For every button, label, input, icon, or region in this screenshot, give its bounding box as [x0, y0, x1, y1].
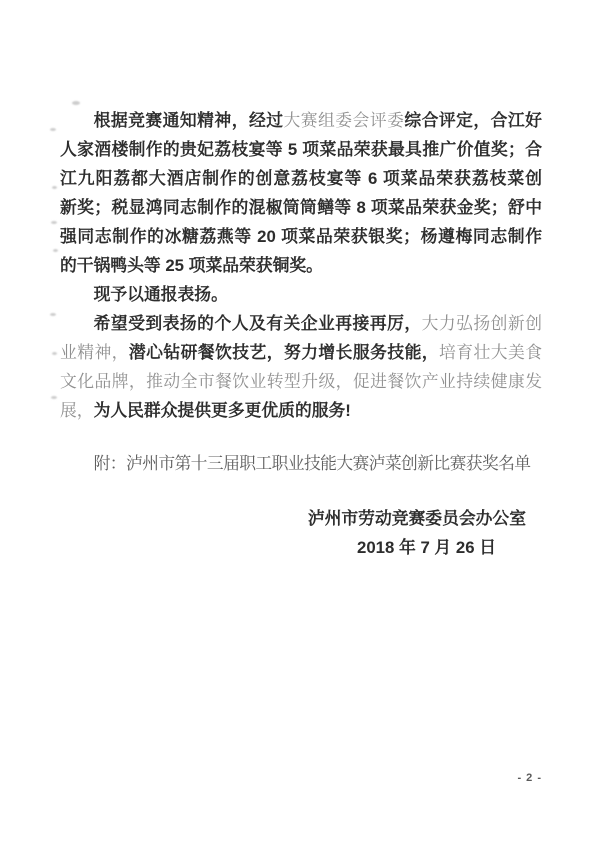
text-line: 江九阳荔都大酒店制作的创意荔枝宴等 6 项菜品荣获荔枝菜创 [60, 164, 542, 193]
text-line: 展，为人民群众提供更多更优质的服务! [60, 396, 542, 425]
text-segment: 综合评定，合江好 [404, 111, 542, 130]
text-segment: 培育壮大美食 [439, 343, 542, 362]
text-segment: 为人民群众提供更多更优质的服务! [94, 401, 351, 420]
text-segment: 现予以通报表扬。 [94, 285, 228, 304]
scan-artifact [52, 352, 57, 355]
text-line: 的干锅鸭头等 25 项菜品荣获铜奖。 [60, 251, 542, 280]
document-body-column: 根据竞赛通知精神，经过大赛组委会评委综合评定，合江好人家酒楼制作的贵妃荔枝宴等 … [60, 106, 542, 563]
paragraph: 附：泸州市第十三届职工职业技能大赛泸菜创新比赛获奖名单 [60, 449, 542, 478]
signature-org: 泸州市劳动竞赛委员会办公室 [60, 504, 526, 533]
text-segment: 潜心钻研餐饮技艺，努力增长服务技能， [129, 343, 439, 362]
scan-artifact [53, 249, 58, 252]
text-segment: 业精神， [60, 343, 129, 362]
text-segment: 附：泸州市第十三届职工职业技能大赛泸菜创新比赛获奖名单 [94, 454, 531, 473]
text-segment: 强同志制作的冰糖荔燕等 20 项菜品荣获银奖；杨遵梅同志制作 [60, 227, 542, 246]
document-page: 根据竞赛通知精神，经过大赛组委会评委综合评定，合江好人家酒楼制作的贵妃荔枝宴等 … [0, 0, 600, 848]
text-line: 新奖；税显鸿同志制作的混椒筒筒鳝等 8 项菜品荣获金奖；舒中 [60, 193, 542, 222]
text-segment: 文化品牌，推动全市餐饮业转型升级，促进餐饮产业持续健康发 [60, 372, 542, 391]
text-segment: 江九阳荔都大酒店制作的创意荔枝宴等 6 项菜品荣获荔枝菜创 [60, 169, 542, 188]
text-line: 强同志制作的冰糖荔燕等 20 项菜品荣获银奖；杨遵梅同志制作 [60, 222, 542, 251]
text-line: 根据竞赛通知精神，经过大赛组委会评委综合评定，合江好 [60, 106, 542, 135]
text-line: 现予以通报表扬。 [60, 280, 542, 309]
text-segment: 人家酒楼制作的贵妃荔枝宴等 5 项菜品荣获最具推广价值奖；合 [60, 140, 542, 159]
text-line: 业精神，潜心钻研餐饮技艺，努力增长服务技能，培育壮大美食 [60, 338, 542, 367]
paragraph: 根据竞赛通知精神，经过大赛组委会评委综合评定，合江好人家酒楼制作的贵妃荔枝宴等 … [60, 106, 542, 280]
paragraph: 希望受到表扬的个人及有关企业再接再厉，大力弘扬创新创业精神，潜心钻研餐饮技艺，努… [60, 309, 542, 425]
document-body: 根据竞赛通知精神，经过大赛组委会评委综合评定，合江好人家酒楼制作的贵妃荔枝宴等 … [60, 106, 542, 478]
scan-artifact [72, 101, 80, 105]
text-segment: 展， [60, 401, 94, 420]
text-line: 附：泸州市第十三届职工职业技能大赛泸菜创新比赛获奖名单 [60, 449, 542, 478]
paragraph: 现予以通报表扬。 [60, 280, 542, 309]
scan-artifact [51, 396, 57, 399]
scan-artifact [50, 313, 56, 316]
text-segment: 希望受到表扬的个人及有关企业再接再厉， [94, 314, 422, 333]
text-segment: 大赛组委会评委 [284, 111, 405, 130]
text-segment: 大力弘扬创新创 [422, 314, 542, 333]
scan-artifact [50, 128, 56, 131]
scan-artifact [52, 186, 57, 189]
page-number: - 2 - [517, 772, 542, 784]
text-line: 文化品牌，推动全市餐饮业转型升级，促进餐饮产业持续健康发 [60, 367, 542, 396]
text-segment: 新奖；税显鸿同志制作的混椒筒筒鳝等 8 项菜品荣获金奖；舒中 [60, 198, 542, 217]
signature-block: 泸州市劳动竞赛委员会办公室 2018 年 7 月 26 日 [60, 504, 542, 563]
text-line: 人家酒楼制作的贵妃荔枝宴等 5 项菜品荣获最具推广价值奖；合 [60, 135, 542, 164]
scan-artifact [51, 221, 57, 224]
text-segment: 根据竞赛通知精神，经过 [94, 111, 284, 130]
signature-date: 2018 年 7 月 26 日 [60, 533, 496, 563]
text-line: 希望受到表扬的个人及有关企业再接再厉，大力弘扬创新创 [60, 309, 542, 338]
text-segment: 的干锅鸭头等 25 项菜品荣获铜奖。 [60, 256, 323, 275]
